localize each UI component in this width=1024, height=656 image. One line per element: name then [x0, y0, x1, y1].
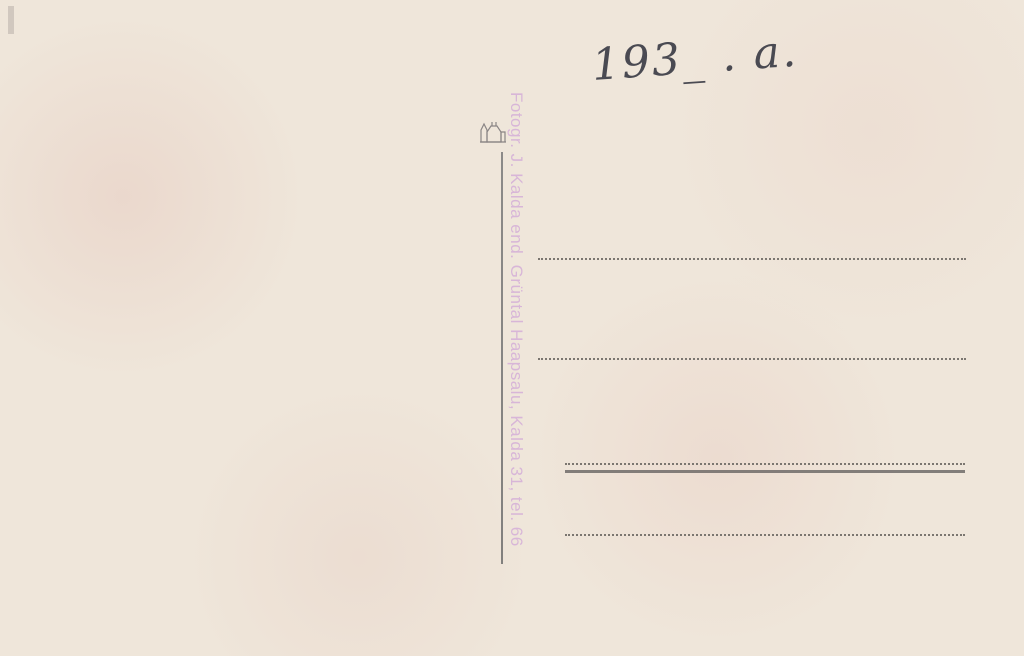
address-line-3	[565, 463, 965, 465]
castle-icon	[478, 118, 508, 144]
address-underline	[565, 470, 965, 473]
postcard-back: 193_ . a. Fotogr. J. Kalda end. Grüntal …	[0, 0, 1024, 656]
center-divider	[501, 152, 503, 564]
handwritten-note: 193_ . a.	[590, 26, 799, 91]
address-line-4	[565, 534, 965, 536]
address-line-1	[538, 258, 966, 260]
corner-mark	[8, 6, 14, 34]
address-line-2	[538, 358, 966, 360]
photographer-imprint: Fotogr. J. Kalda end. Grüntal Haapsalu, …	[506, 92, 526, 547]
